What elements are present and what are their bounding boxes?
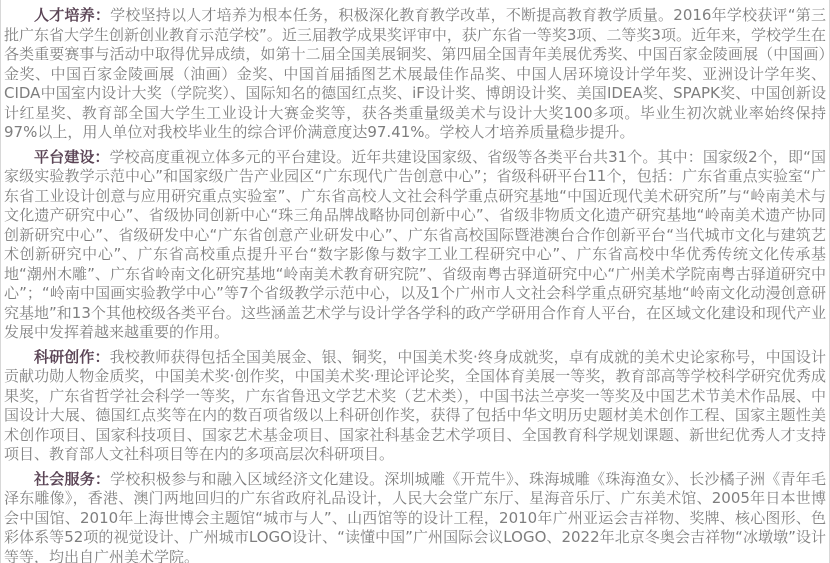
section-heading-social-service: 社会服务： — [34, 470, 110, 488]
section-text-research-creation: 我校教师获得包括全国美展金、银、铜奖，中国美术奖·终身成就奖，卓有成就的美术史论… — [4, 348, 826, 464]
section-heading-talent-cultivation: 人才培养： — [34, 6, 110, 24]
section-heading-research-creation: 科研创作： — [34, 348, 110, 366]
paragraph-platform-construction: 平台建设：学校高度重视立体多元的平台建设。近年共建设国家级、省级等各类平台共31… — [4, 148, 826, 343]
section-text-talent-cultivation: 学校坚持以人才培养为根本任务，积极深化教育教学改革，不断提高教育教学质量。201… — [4, 6, 826, 141]
paragraph-talent-cultivation: 人才培养：学校坚持以人才培养为根本任务，积极深化教育教学改革，不断提高教育教学质… — [4, 6, 826, 143]
section-text-platform-construction: 学校高度重视立体多元的平台建设。近年共建设国家级、省级等各类平台共31个。其中：… — [4, 148, 826, 342]
section-text-social-service: 学校积极参与和融入区域经济文化建设。深圳城雕《开荒牛》、珠海城雕《珠海渔女》、长… — [4, 470, 826, 563]
paragraph-social-service: 社会服务：学校积极参与和融入区域经济文化建设。深圳城雕《开荒牛》、珠海城雕《珠海… — [4, 470, 826, 563]
section-heading-platform-construction: 平台建设： — [34, 148, 110, 166]
article-body: 人才培养：学校坚持以人才培养为根本任务，积极深化教育教学改革，不断提高教育教学质… — [0, 0, 830, 563]
paragraph-research-creation: 科研创作：我校教师获得包括全国美展金、银、铜奖，中国美术奖·终身成就奖，卓有成就… — [4, 348, 826, 465]
